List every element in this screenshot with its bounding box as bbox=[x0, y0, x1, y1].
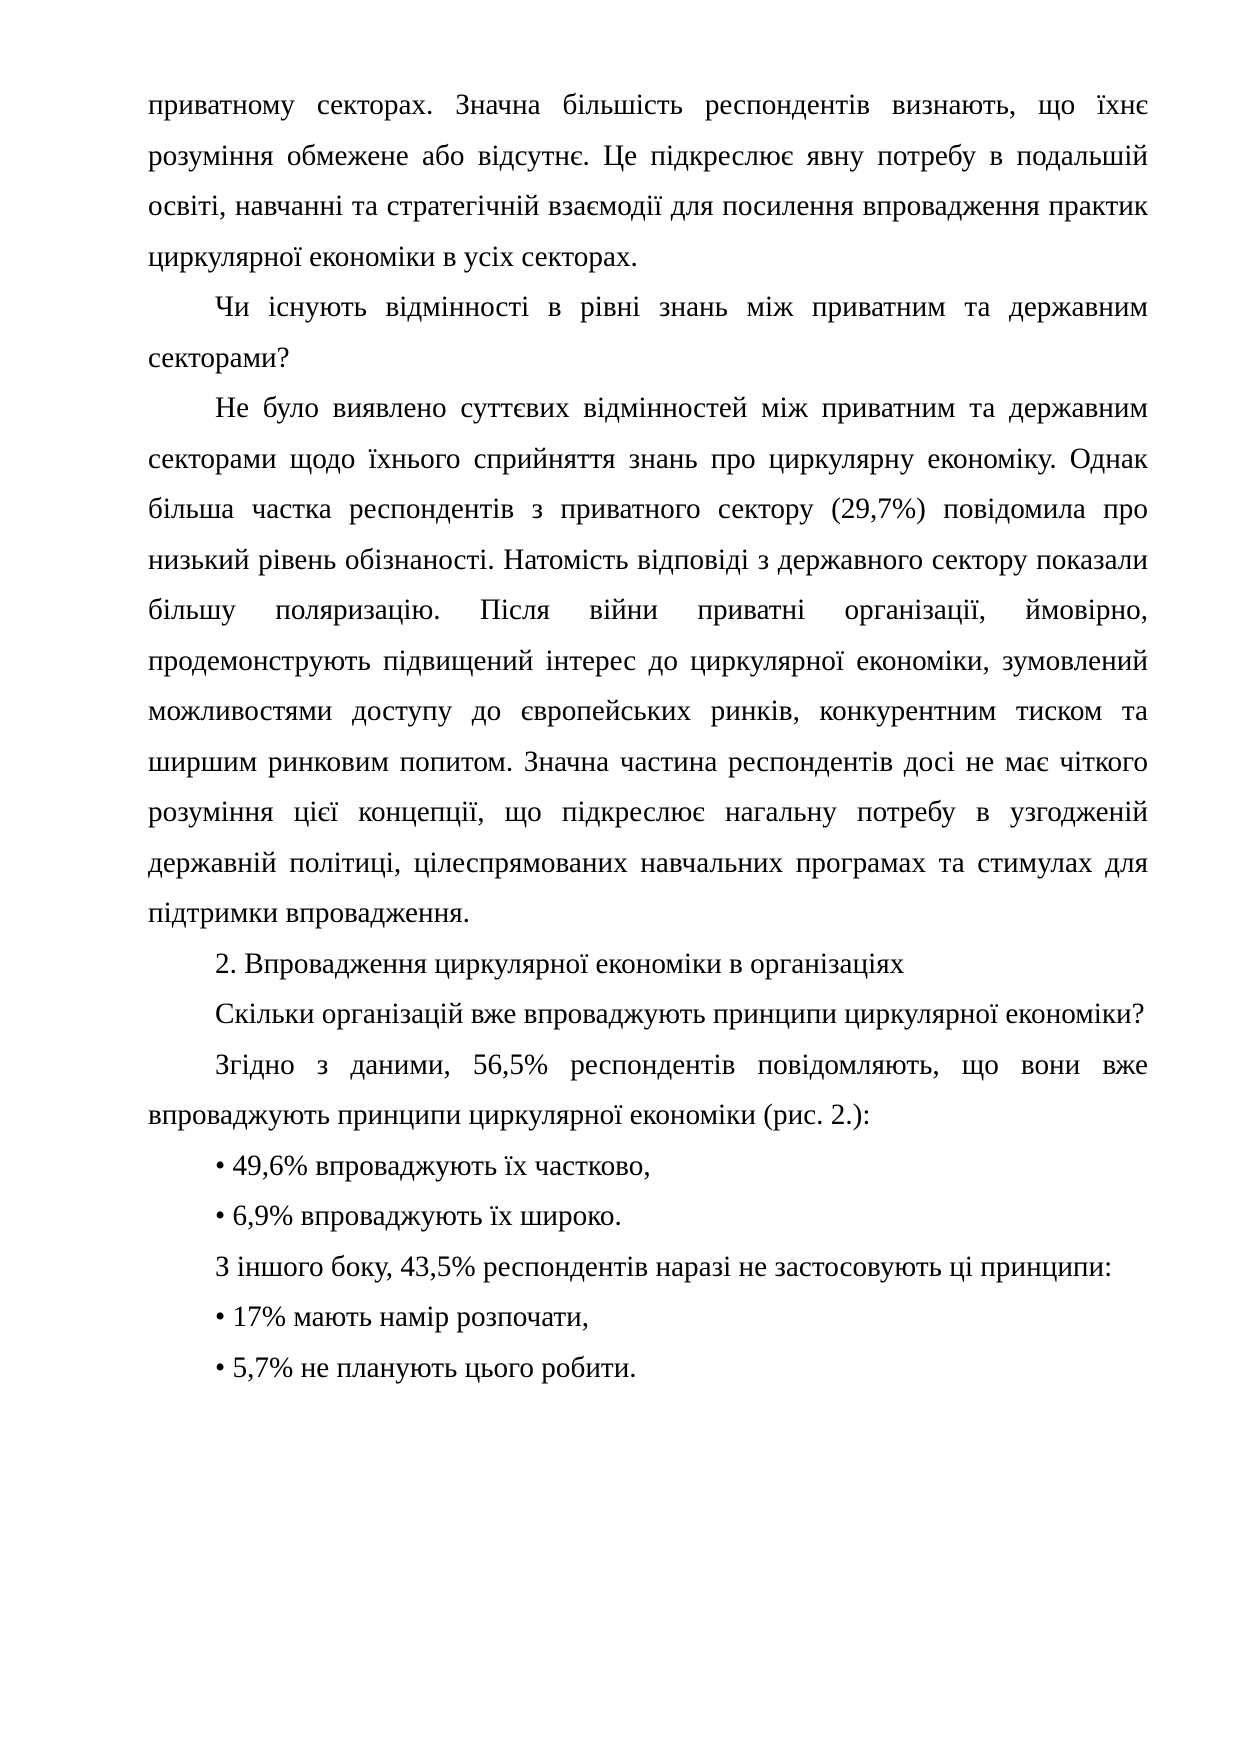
text-block: приватному секторах. Значна більшість ре… bbox=[148, 80, 1148, 1393]
bullet-wide-implementation: • 6,9% впроваджують їх широко. bbox=[148, 1191, 1148, 1242]
paragraph-sector-understanding: приватному секторах. Значна більшість ре… bbox=[148, 80, 1148, 282]
paragraph-implementation-stats: Згідно з даними, 56,5% респондентів пові… bbox=[148, 1040, 1148, 1141]
bullet-partial-implementation: • 49,6% впроваджують їх частково, bbox=[148, 1141, 1148, 1192]
paragraph-non-implementers: З іншого боку, 43,5% респондентів наразі… bbox=[148, 1242, 1148, 1293]
bullet-intend-to-start: • 17% мають намір розпочати, bbox=[148, 1292, 1148, 1343]
document-page: приватному секторах. Значна більшість ре… bbox=[0, 0, 1241, 1755]
section-heading-implementation: 2. Впровадження циркулярної економіки в … bbox=[148, 939, 1148, 990]
bullet-no-plans: • 5,7% не планують цього робити. bbox=[148, 1343, 1148, 1394]
paragraph-sector-comparison: Не було виявлено суттєвих відмінностей м… bbox=[148, 383, 1148, 939]
question-knowledge-differences: Чи існують відмінності в рівні знань між… bbox=[148, 282, 1148, 383]
question-implementation-count: Скільки організацій вже впроваджують при… bbox=[148, 989, 1148, 1040]
